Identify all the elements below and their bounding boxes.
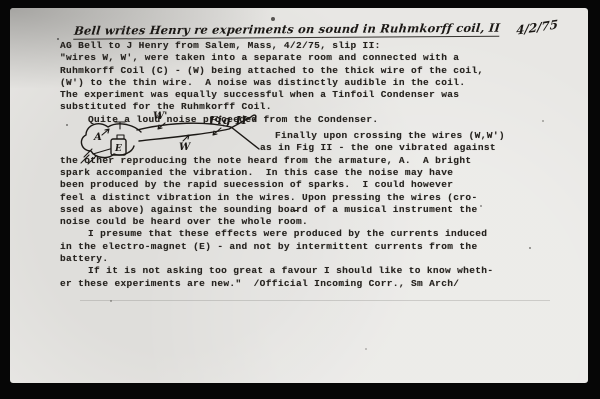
typed-line: "wires W, W', were taken into a separate… <box>60 52 572 64</box>
typed-line: Ruhmkorff Coil (C) - (W) being attached … <box>60 65 572 77</box>
typed-line: The experiment was equally successful wh… <box>60 89 572 101</box>
typed-line: the other reproducing the note heard fro… <box>60 155 572 167</box>
typed-line: If it is not asking too great a favour I… <box>60 265 572 277</box>
typed-line: Finally upon crossing the wires (W,W') <box>60 130 572 142</box>
typed-line: noise could be heard over the whole room… <box>60 216 572 228</box>
handwritten-date: 4/2/75 <box>516 17 558 37</box>
typed-line: AG Bell to J Henry from Salem, Mass, 4/2… <box>60 40 572 52</box>
typed-line: ssed as above) against the sounding boa̶… <box>60 204 572 216</box>
handwritten-annotation: Bell writes Henry re experiments on soun… <box>74 16 558 39</box>
typed-lines: AG Bell to J Henry from Salem, Mass, 4/2… <box>60 40 572 290</box>
scan-crease-line <box>80 300 550 301</box>
typed-line: I presume that these effects were produc… <box>60 228 572 240</box>
typed-line: Quite a loud noise proceeded from the Co… <box>60 114 572 126</box>
document-card: Bell writes Henry re experiments on soun… <box>10 8 588 383</box>
typed-line: feel a distinct vibration in the wires. … <box>60 192 572 204</box>
typed-line: er these experiments are new." /Official… <box>60 278 572 290</box>
dust-specks <box>10 8 12 10</box>
typed-line: battery. <box>60 253 572 265</box>
typed-line: in the electro-magnet (E) - and not by i… <box>60 241 572 253</box>
typed-line: as in Fig II - the one vibrated against <box>60 142 572 154</box>
handwritten-note-text: Bell writes Henry re experiments on soun… <box>73 21 501 40</box>
typed-line: substituted for the Ruhmkorff Coil. <box>60 101 572 113</box>
typed-line: (W') to the thin wire. A noise was disti… <box>60 77 572 89</box>
typed-line: spark accompanied the vibration. In this… <box>60 167 572 179</box>
typed-line: been produced by the rapid suecession of… <box>60 179 572 191</box>
